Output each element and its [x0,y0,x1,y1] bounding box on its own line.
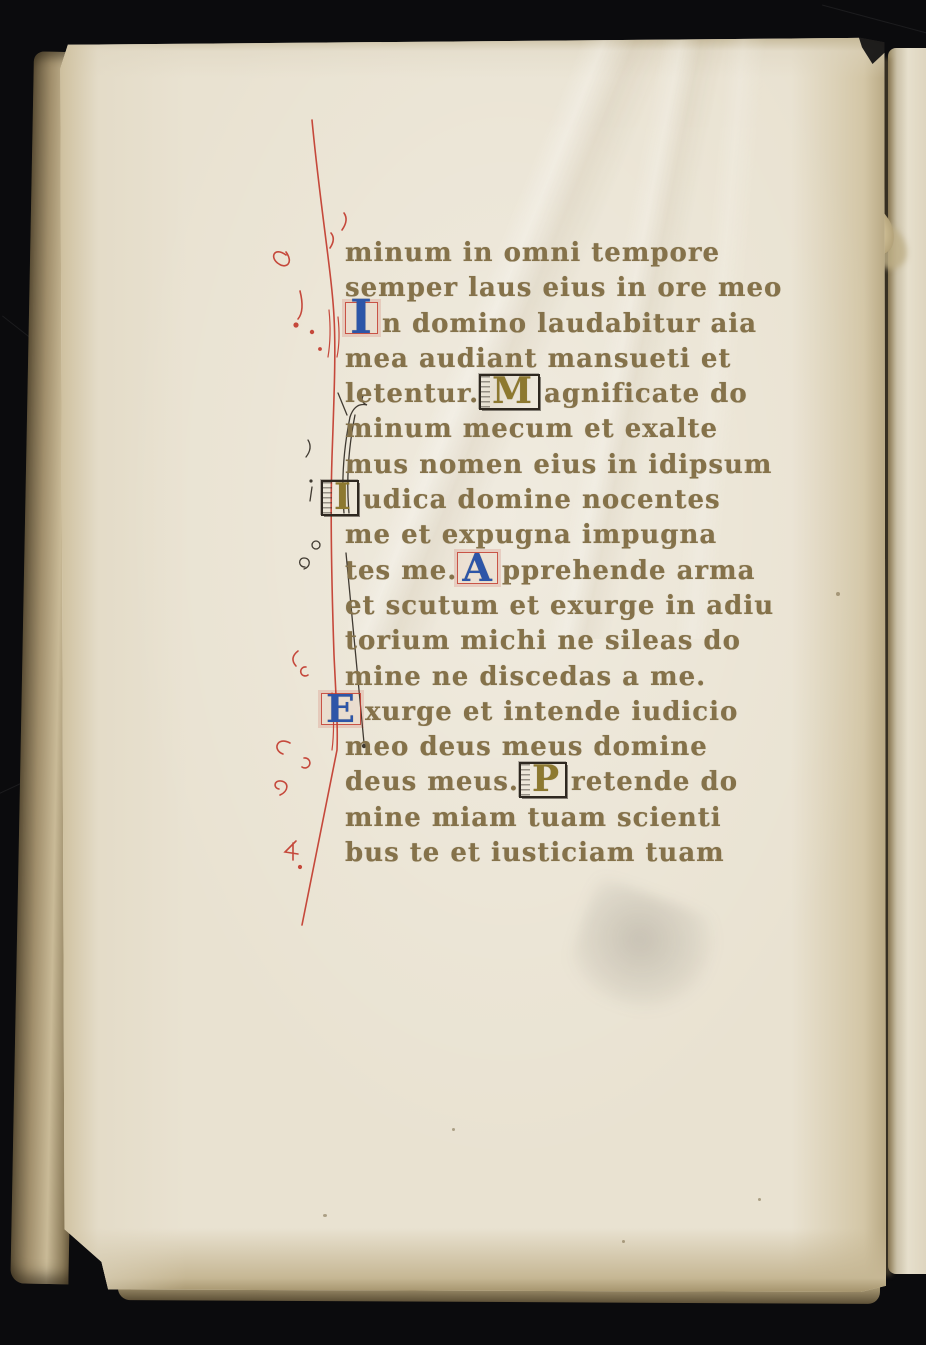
illuminated-initial-m: M [479,374,540,410]
illuminated-initial-a: A [457,552,497,584]
text-segment: torium michi ne sileas do [345,625,741,657]
text-line: minum in omni tempore [345,237,805,272]
text-line: torium michi ne sileas do [345,625,805,660]
text-line: bus te et iusticiam tuam [345,837,805,872]
text-line: letentur. Magnificate do [345,378,805,413]
text-segment: semper laus eius in ore meo [345,272,782,304]
text-segment: deus meus. [345,766,519,798]
text-segment: meo deus meus domine [345,731,708,763]
parchment-speck [323,1214,327,1217]
text-line: me et expugna impugna [345,519,805,554]
red-penwork-flourish [274,120,346,925]
text-line: mea audiant mansueti et [345,343,805,378]
parchment-speck [758,1198,761,1201]
illuminated-initial-i: I [345,302,378,334]
text-segment: bus te et iusticiam tuam [345,837,725,869]
parchment-speck [622,1240,625,1243]
text-segment: mea audiant mansueti et [345,343,731,375]
text-segment: letentur. [345,378,479,410]
parchment-speck [836,592,840,596]
text-line: minum mecum et exalte [345,413,805,448]
text-segment: n domino laudabitur aia [382,308,757,340]
text-segment: minum mecum et exalte [345,413,718,445]
text-line: meo deus meus domine [345,731,805,766]
illuminated-initial-i: I [321,480,359,516]
background-scratch [822,4,926,36]
text-segment: tes me. [345,555,457,587]
text-line: deus meus. Pretende do [345,766,805,801]
text-line: et scutum et exurge in adiu [345,590,805,625]
text-line: Iudica domine nocentes [345,484,805,519]
text-segment: mine ne discedas a me. [345,661,706,693]
illuminated-initial-p: P [519,762,567,798]
text-segment: udica domine nocentes [363,484,721,516]
illuminated-initial-e: E [321,693,361,725]
text-segment: pprehende arma [502,555,756,587]
text-block: minum in omni temporesemper laus eius in… [345,237,805,872]
text-segment: mus nomen eius in idipsum [345,449,772,481]
text-line: In domino laudabitur aia [345,308,805,343]
text-segment: me et expugna impugna [345,519,717,551]
text-segment: xurge et intende iudicio [365,696,738,728]
photo-background: { "colors": { "background": "#0b0b0d", "… [0,0,926,1345]
text-segment: agnificate do [544,378,748,410]
text-line: mine ne discedas a me. [345,661,805,696]
text-segment: minum in omni tempore [345,237,720,269]
text-segment: mine miam tuam scienti [345,802,722,834]
text-line: tes me. Apprehende arma [345,555,805,590]
parchment-speck [452,1128,455,1131]
text-line: mine miam tuam scienti [345,802,805,837]
text-segment: et scutum et exurge in adiu [345,590,774,622]
text-segment: retende do [571,766,738,798]
text-line: semper laus eius in ore meo [345,272,805,307]
text-line: mus nomen eius in idipsum [345,449,805,484]
text-line: Exurge et intende iudicio [345,696,805,731]
